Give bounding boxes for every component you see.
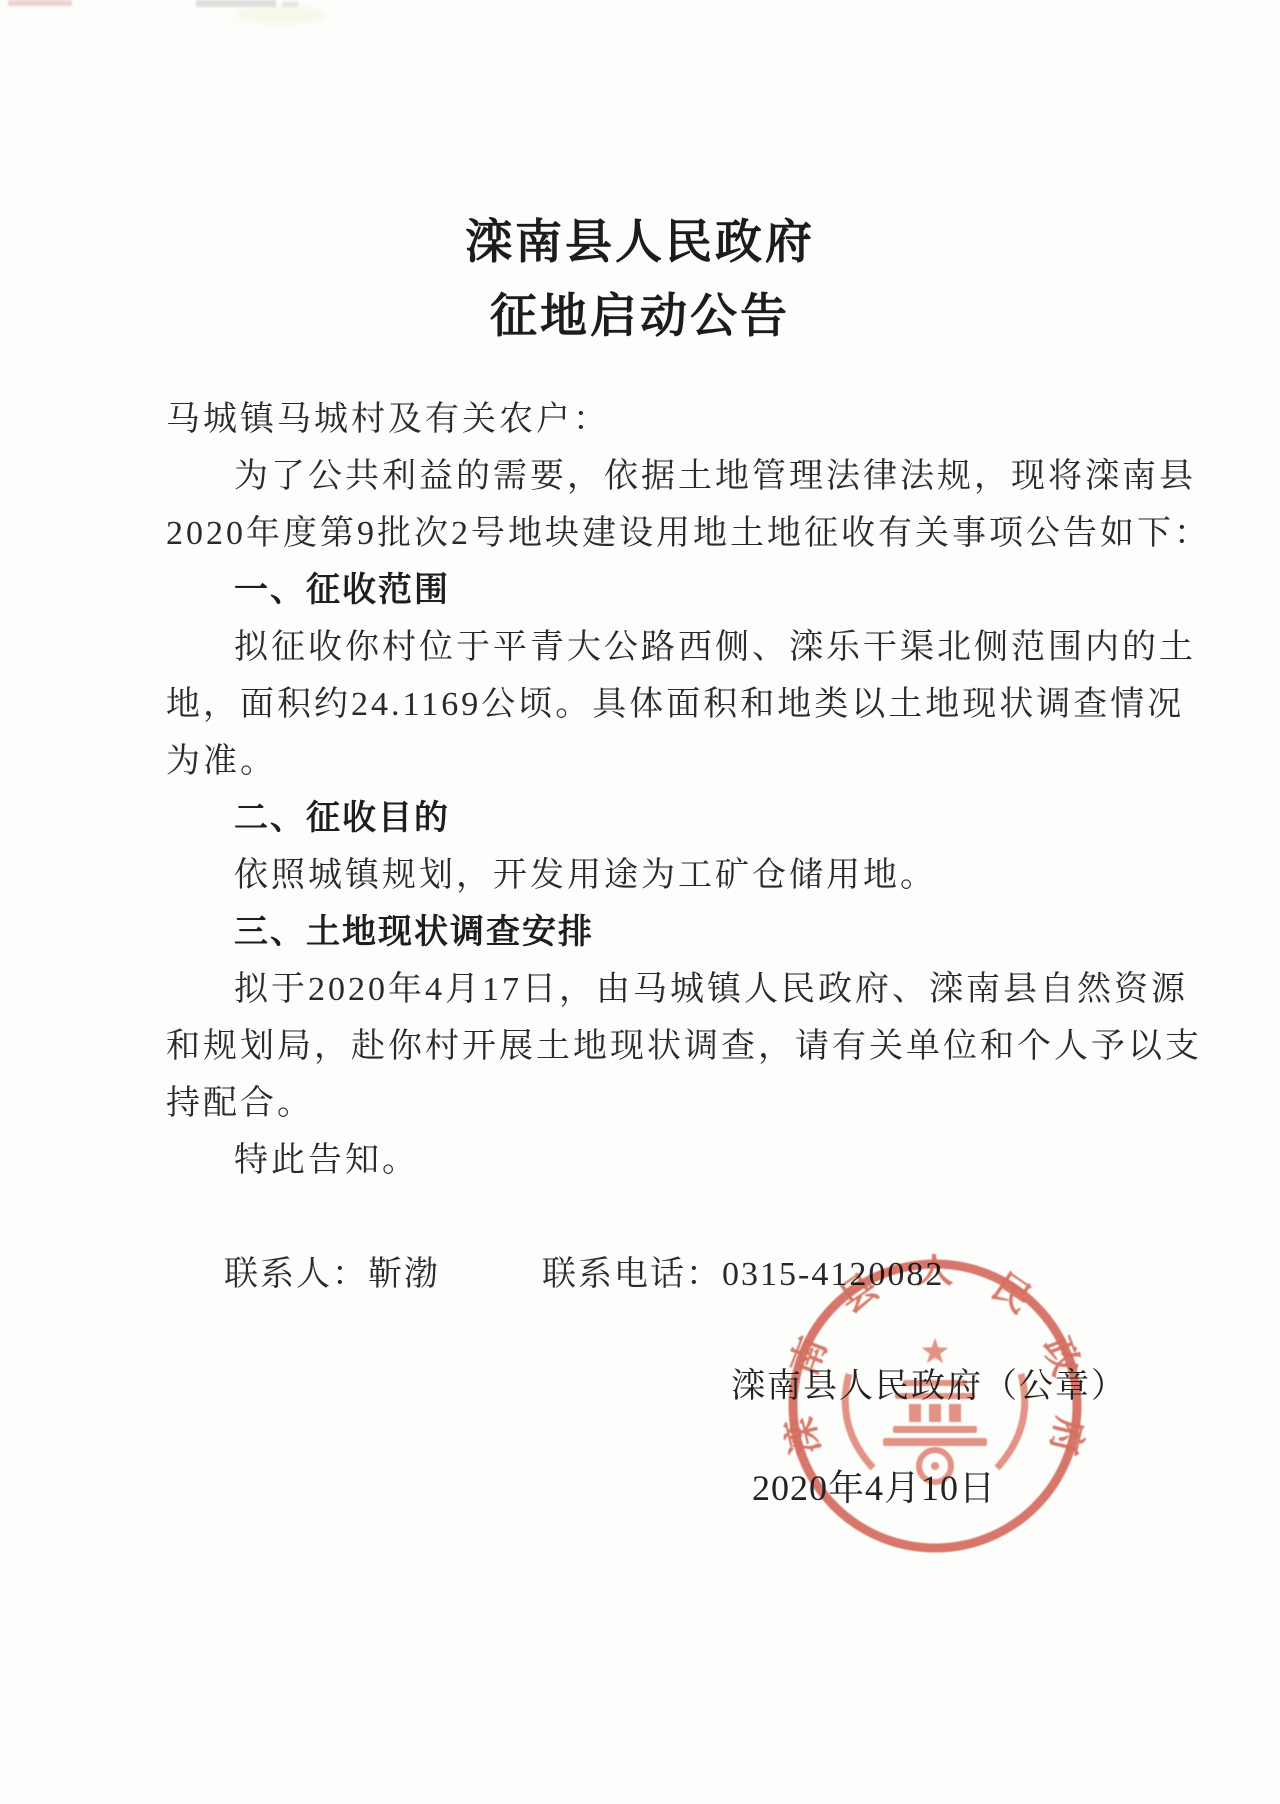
document-line: 为准。 (166, 733, 1134, 790)
issue-date: 2020年4月10日 (752, 1460, 996, 1511)
notice-title-line2: 征地启动公告 (0, 280, 1280, 354)
scan-artifact (8, 0, 72, 6)
document-line: 特此告知。 (166, 1132, 1134, 1189)
notice-page: 滦南县人民政府 征地启动公告 马城镇马城村及有关农户：为了公共利益的需要，依据土… (0, 0, 1280, 1804)
notice-title: 滦南县人民政府 征地启动公告 (0, 206, 1280, 354)
scan-artifact (196, 0, 276, 7)
notice-title-line1: 滦南县人民政府 (0, 206, 1280, 280)
scan-artifact (282, 2, 298, 7)
document-line: 依照城镇规划，开发用途为工矿仓储用地。 (166, 847, 1134, 904)
document-line: 三、土地现状调查安排 (166, 904, 1134, 961)
document-line: 拟征收你村位于平青大公路西侧、滦乐干渠北侧范围内的土 (166, 619, 1134, 676)
contact-person: 联系人：靳渤 (224, 1256, 440, 1293)
issuer-signature: 滦南县人民政府（公章） (731, 1358, 1127, 1407)
document-line: 拟于2020年4月17日，由马城镇人民政府、滦南县自然资源 (166, 961, 1134, 1018)
document-line: 和规划局，赴你村开展土地现状调查，请有关单位和个人予以支 (166, 1018, 1134, 1075)
scan-artifact (236, 6, 326, 24)
document-line: 为了公共利益的需要，依据土地管理法律法规，现将滦南县 (166, 448, 1134, 505)
document-line: 一、征收范围 (166, 562, 1134, 619)
document-line: 持配合。 (166, 1075, 1134, 1132)
document-line: 地，面积约24.1169公顷。具体面积和地类以土地现状调查情况 (166, 676, 1134, 733)
document-line: 2020年度第9批次2号地块建设用地土地征收有关事项公告如下： (166, 505, 1134, 562)
document-line: 马城镇马城村及有关农户： (166, 391, 1134, 448)
document-line: 二、征收目的 (166, 790, 1134, 847)
document-body: 马城镇马城村及有关农户：为了公共利益的需要，依据土地管理法律法规，现将滦南县20… (166, 391, 1134, 1189)
